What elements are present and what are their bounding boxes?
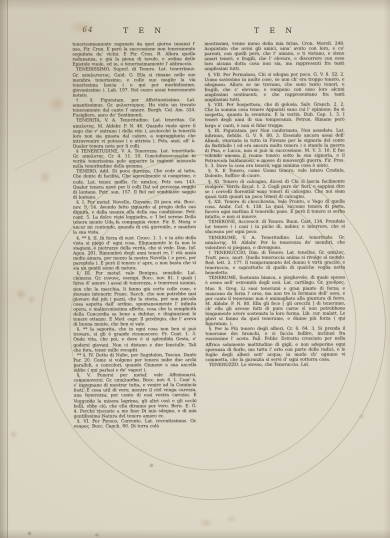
entry-paragraph: §. Per lo Più tenero degli alberi, Cr. 6…: [205, 327, 345, 363]
entry-paragraph: TENERISSIMO, Superl. di Tenero. Lat. ten…: [72, 68, 195, 99]
entry-paragraph: §. ** §. II. In forza di sust. Crocc. 1.…: [73, 236, 196, 272]
running-head-right: T E N: [205, 26, 345, 35]
entry-paragraph: tenerissimamente ragunate da quel giorno…: [72, 42, 195, 68]
entry-paragraph: §. VIII. Per Sospettoso, che di gelosia.…: [205, 103, 345, 129]
entry-paragraph: TENERITÀ, V. A. Teneritudine. Lat. tener…: [73, 118, 196, 149]
entry-paragraph: §. V. Ponersi per metaf. vale Affezionar…: [73, 373, 196, 419]
running-head-left: T E N: [92, 26, 196, 35]
entry-paragraph: §. XII. Tenero di checchessia, vale Pron…: [205, 199, 345, 220]
entry-paragraph: ** §. IV. Detto di Nube, per Sagidolon, …: [73, 353, 196, 374]
text-column-right: mentissimi, venne meno della mia brina. …: [204, 42, 345, 432]
entry-paragraph: §. VII. Per Permaloso, Chi si sdegna per…: [204, 72, 344, 103]
entry-paragraph: TENERONE, Accrescit. di Tenero. Buon. Ca…: [205, 220, 345, 236]
entry-paragraph: §. ** la saporita, che in ogni cosa non …: [73, 327, 196, 353]
entry-paragraph: TENERUME, V. A. Teneritudine. Lat. tener…: [205, 235, 345, 251]
foxing-stain: [94, 533, 100, 537]
entry-paragraph: TENERO, Add. Di poca durezza, Che cede a…: [73, 169, 196, 200]
foxing-stain: [48, 95, 66, 113]
entry-paragraph: §. VI. Per Fresco, Corrente. Lat. recent…: [74, 419, 197, 430]
entry-paragraph: † TENERUCCIO, Dim. di Tenero. Lat. tenel…: [205, 250, 345, 276]
text-block: tenerissimamente ragunate da quel giorno…: [72, 42, 345, 433]
entry-paragraph: §. III. Per metaf. vale Benigno, sensibi…: [73, 271, 196, 327]
entry-paragraph: §. XI. Tenero di calcagno, dicesi di Chi…: [205, 179, 345, 200]
foxing-stain: [226, 515, 237, 523]
entry-paragraph: §. IX. Figuratam. per Non confermato, No…: [205, 128, 345, 169]
scanned-book-page: 64 T E N T E N tenerissimamente ragunate…: [0, 0, 390, 538]
foxing-stain: [149, 463, 154, 468]
foxing-stain: [358, 413, 365, 420]
foxing-stain: [9, 430, 18, 439]
entry-paragraph: §. X. E Tenero, come Uomo tenero, vale i…: [205, 169, 345, 180]
entry-paragraph: §. I. Per metaf. Novello, Giovane, Di po…: [73, 200, 196, 236]
foxing-stain: [27, 295, 36, 304]
entry-paragraph: § TENERITUDINE, V. A. Tenerezza. Lat. te…: [73, 149, 196, 170]
page-edge-fold: [7, 0, 8, 538]
entry-paragraph: TENERUZZO. Lo stesso, che Teneruccio. La…: [205, 362, 345, 368]
foxing-stain: [198, 518, 214, 528]
entry-paragraph: † §. Figuratam. per Affettuosissimo. Lat…: [73, 98, 196, 119]
foxing-stain: [27, 531, 32, 536]
entry-paragraph: mentissimi, venne meno della mia brina. …: [204, 42, 344, 73]
foxing-stain: [38, 170, 52, 184]
text-column-left: tenerissimamente ragunate da quel giorno…: [72, 42, 196, 432]
foxing-stain: [15, 288, 27, 300]
paper-crease-line: [14, 146, 62, 170]
entry-paragraph: TENERUME, Sostanza bianca, e pieghevole,…: [205, 276, 345, 327]
